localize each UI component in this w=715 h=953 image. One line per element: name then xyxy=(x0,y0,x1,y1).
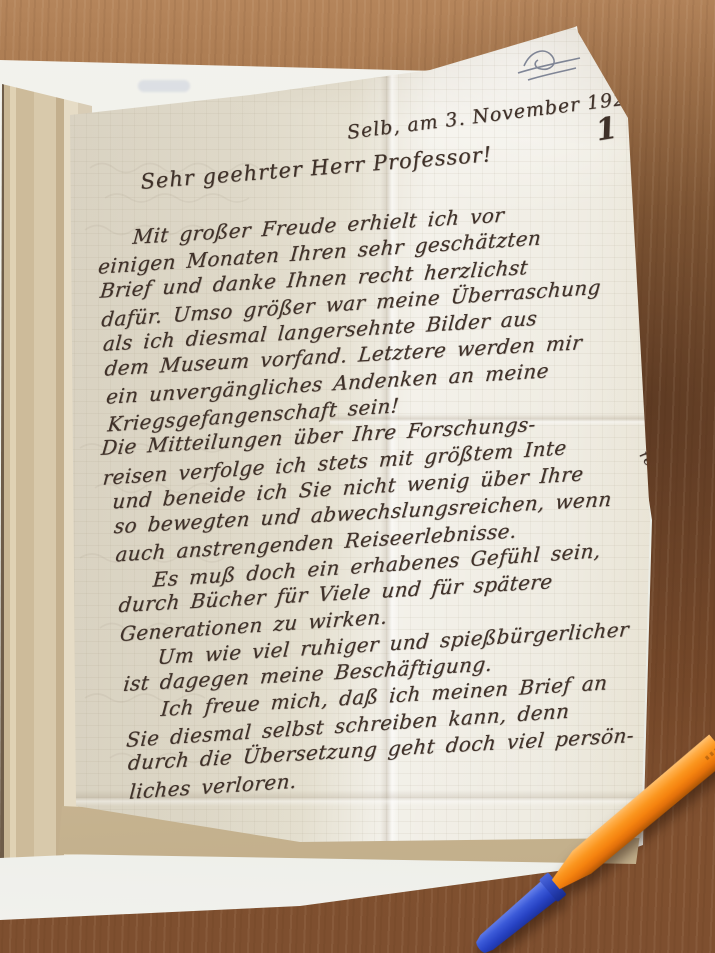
pencil-scribble-mark xyxy=(510,40,602,88)
salutation: Sehr geehrter Herr Professor! xyxy=(140,142,493,194)
photo-of-letter: Selb, am 3. November 1929 1 Sehr geehrte… xyxy=(0,0,715,953)
faint-stamp-smudge xyxy=(138,80,190,92)
letter-body: Mit großer Freude erhielt ich vor einige… xyxy=(96,193,689,804)
letter-page: Selb, am 3. November 1929 1 Sehr geehrte… xyxy=(50,18,662,858)
page-number: 1 xyxy=(593,111,619,149)
